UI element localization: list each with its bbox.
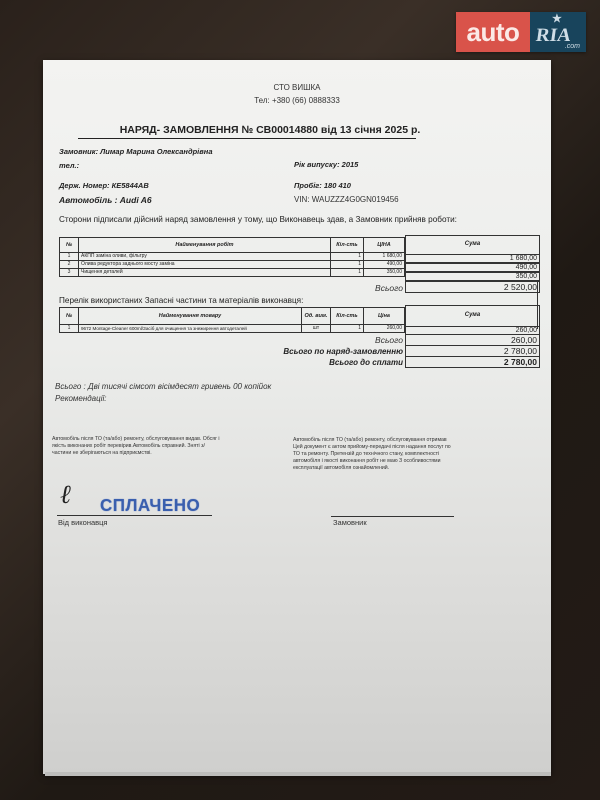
parts-table: № Найменування товару Од. вим. Кіл-сть Ц… — [59, 307, 405, 333]
works-total-value: 2 520,00 — [405, 281, 540, 293]
table-row: 1 АКПП заміна оливи, фільтру 1 1 680,00 — [60, 253, 405, 261]
car-vin: VIN: WAUZZZ4G0GN019456 — [294, 195, 399, 204]
car-plate: Держ. Номер: КЕ5844АВ — [59, 181, 149, 190]
company-phone: Тел: +380 (66) 0888333 — [43, 96, 551, 105]
table-row: 3 Чищення деталей 1 350,00 — [60, 269, 405, 277]
acceptance-statement: Сторони підписали дійсний наряд замовлен… — [59, 214, 459, 225]
paper-edge — [45, 772, 551, 776]
works-total-label: Всього — [300, 283, 403, 293]
parts-intro: Перелік використаних Запасні частини та … — [59, 295, 459, 306]
executor-label: Від виконавця — [58, 518, 108, 527]
watermark-ria: ★ RIA .com — [530, 12, 586, 52]
car-year: Рік випуску: 2015 — [294, 160, 358, 169]
recommendations-label: Рекомендації: — [55, 394, 106, 403]
customer-name: Замовник: Лимар Марина Олександрівна — [59, 147, 213, 156]
star-icon: ★ — [552, 12, 562, 25]
executor-note: Автомобіль після ТО (та/або) ремонту, об… — [52, 436, 222, 457]
car-model: Автомобіль : Audi A6 — [59, 195, 152, 205]
parts-sum-header: Сума — [405, 305, 540, 327]
watermark-auto: auto — [456, 12, 530, 52]
order-total-label: Всього по наряд-замовленню — [230, 347, 403, 356]
title-underline — [78, 138, 416, 139]
works-sum-row-2: 490,00 — [405, 263, 540, 272]
car-mileage: Пробіг: 180 410 — [294, 181, 351, 190]
paid-stamp: СПЛАЧЕНО — [100, 496, 200, 517]
parts-total-label: Всього — [280, 335, 403, 345]
payable-label: Всього до сплати — [230, 358, 403, 367]
works-table-header: № Найменування робіт Кіл-сть ЦІНА — [60, 238, 405, 253]
amount-in-words: Всього : Дві тисячі сімсот вісімдесят гр… — [55, 382, 271, 391]
customer-label: Замовник — [333, 518, 367, 527]
table-row: 1 9672 Montage-Cleaner 600ml/Засіб для о… — [60, 325, 405, 333]
executor-signature-line — [57, 515, 212, 516]
autoria-watermark-logo: auto ★ RIA .com — [456, 12, 586, 52]
table-row: 2 Олива редуктора заднього мосту заміна … — [60, 261, 405, 269]
works-table: № Найменування робіт Кіл-сть ЦІНА 1 АКПП… — [59, 237, 405, 277]
customer-signature-line — [331, 516, 454, 517]
executor-signature: ℓ — [60, 480, 71, 510]
customer-phone: тел.: — [59, 161, 79, 170]
document-title: НАРЯД- ЗАМОВЛЕННЯ № СВ00014880 від 13 сі… — [80, 124, 460, 136]
parts-table-header: № Найменування товару Од. вим. Кіл-сть Ц… — [60, 308, 405, 325]
company-name: СТО ВИШКА — [43, 83, 551, 92]
works-sum-header: Сума — [405, 235, 540, 255]
payable-value: 2 780,00 — [405, 356, 540, 368]
works-sum-row-3: 350,00 — [405, 272, 540, 281]
customer-note: Автомобіль після ТО (та/або) ремонту, об… — [293, 437, 451, 472]
works-sum-row-1: 1 680,00 — [405, 254, 540, 263]
